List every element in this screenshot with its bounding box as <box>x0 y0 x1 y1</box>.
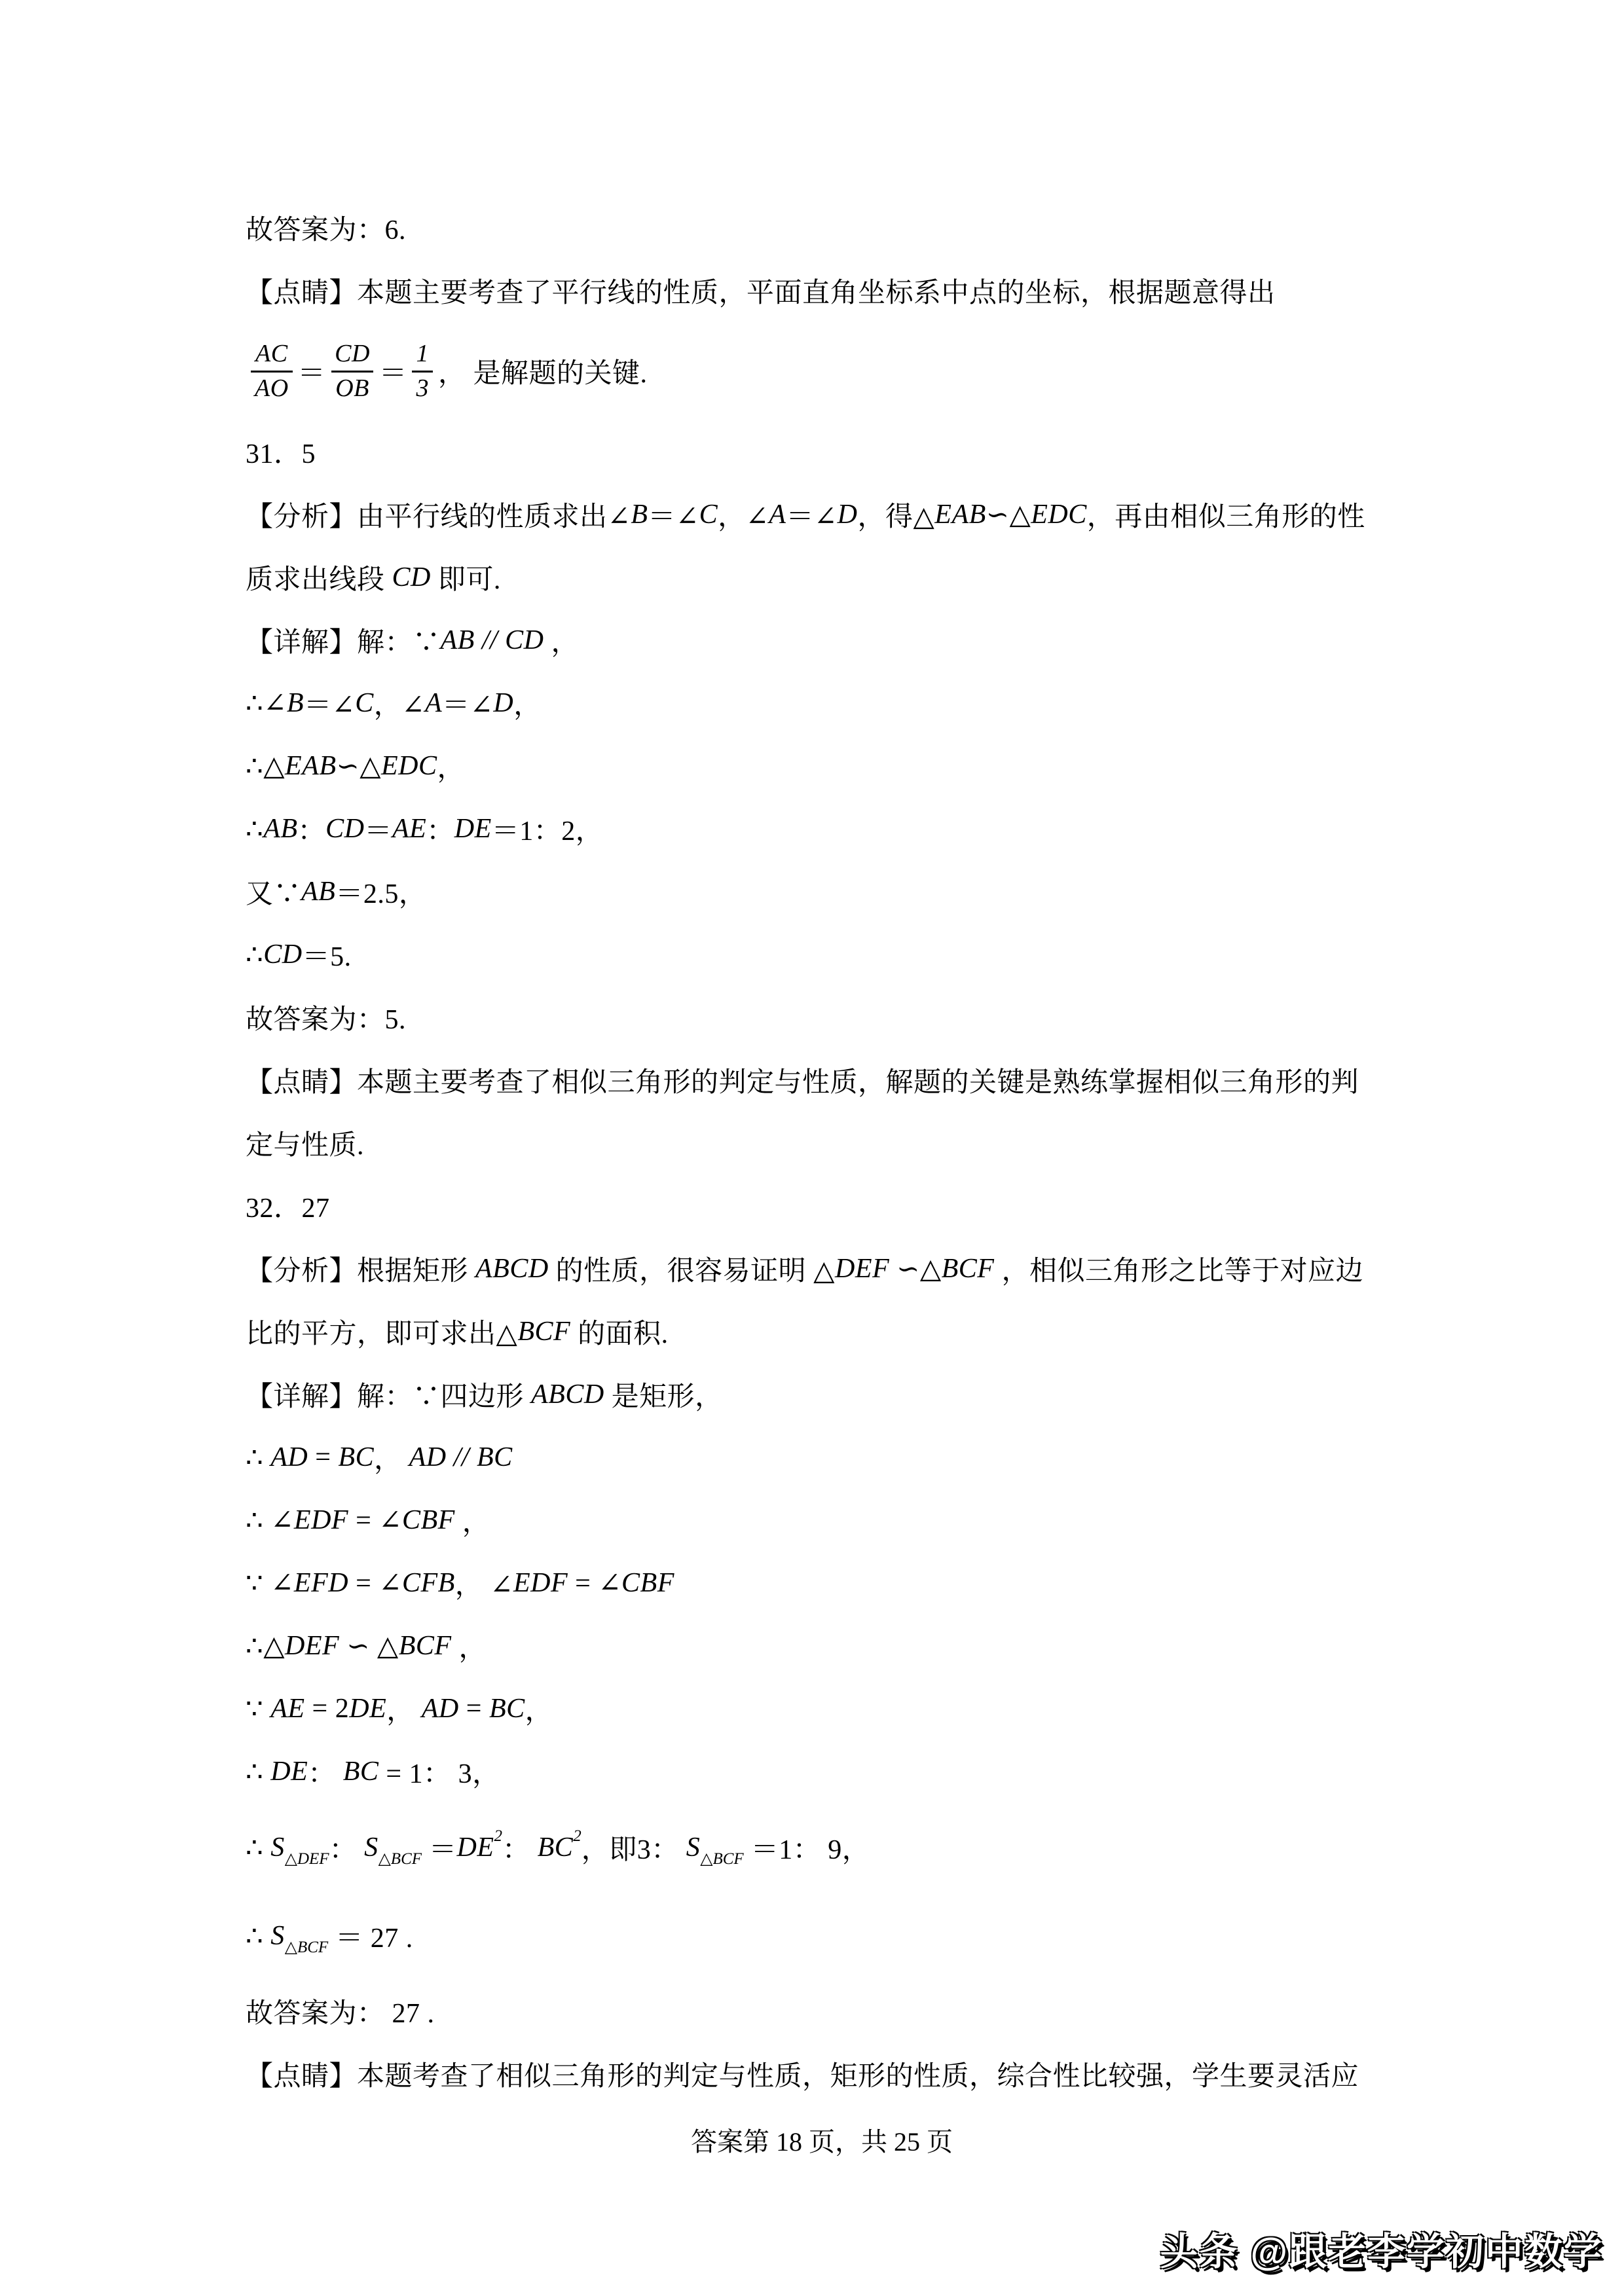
math-run: AE <box>392 813 426 845</box>
math-run: BC <box>338 1442 374 1473</box>
superscript: 2 <box>573 1827 581 1846</box>
text-run: ∴△ <box>246 1630 285 1662</box>
text-run: ，相似三角形之比等于对应边 <box>994 1249 1363 1288</box>
math-run: CFB <box>402 1567 455 1599</box>
text-run: ∴ <box>246 1441 270 1474</box>
math-run: AB <box>263 813 297 845</box>
text-run: ＝∠ <box>442 683 493 723</box>
text-run: 是矩形， <box>604 1375 723 1414</box>
math-run: EDC <box>381 750 437 782</box>
text-run: 的面积. <box>570 1312 669 1351</box>
text-line: 【点睛】本题主要考查了平行线的性质，平面直角坐标系中点的坐标，根据题意得出 <box>246 259 1398 322</box>
text-run <box>498 625 505 656</box>
math-run: // <box>482 625 498 656</box>
formula-line: ∴ S△BCF ＝ 27 . <box>246 1891 1398 1980</box>
math-run: CD <box>505 625 544 656</box>
math-run: ABCD <box>531 1379 604 1410</box>
fraction-numerator: AC <box>251 340 292 371</box>
math-run: S <box>686 1832 701 1863</box>
text-run: 又∵ <box>246 872 301 911</box>
text-run: ： <box>329 1828 365 1867</box>
math-run: B <box>631 499 648 530</box>
math-run: EDC <box>1031 499 1087 530</box>
math-run: BC <box>538 1832 574 1863</box>
text-run: ∴△ <box>246 750 285 782</box>
text-run: ＝ 27 . <box>328 1916 413 1956</box>
math-run: AB <box>441 625 475 656</box>
text-line: ∵ AE = 2DE， AD = BC， <box>246 1677 1398 1740</box>
math-run: BC <box>343 1756 379 1787</box>
text-run: ， <box>544 621 580 660</box>
fraction-denominator: OB <box>331 371 373 403</box>
text-line: ∴AB：CD＝AE：DE＝1：2， <box>246 797 1398 860</box>
subscript: △DEF <box>285 1849 329 1868</box>
text-run: 32．27 <box>246 1186 330 1226</box>
math-run: DEF <box>835 1253 889 1285</box>
text-run: ： <box>298 809 326 848</box>
text-run: ＝ <box>422 1828 457 1867</box>
math-run: CD <box>325 813 364 845</box>
formula-line: ∴ S△DEF： S△BCF ＝DE2： BC2，即3： S△BCF ＝1： 9… <box>246 1803 1398 1891</box>
fraction-numerator: 1 <box>412 340 433 371</box>
text-run: ： <box>426 809 454 848</box>
text-run <box>475 625 482 656</box>
math-run: DE <box>270 1756 308 1787</box>
math-run: DE <box>457 1832 494 1863</box>
document-page: 故答案为：6.【点睛】本题主要考查了平行线的性质，平面直角坐标系中点的坐标，根据… <box>0 0 1624 2296</box>
text-run: = <box>308 1442 338 1473</box>
math-run: AB <box>301 876 335 907</box>
text-run: 【分析】由平行线的性质求出∠ <box>246 495 631 534</box>
text-line: 定与性质. <box>246 1112 1398 1175</box>
text-line: 【分析】由平行线的性质求出∠B＝∠C，∠A＝∠D，得△EAB∽△EDC，再由相似… <box>246 483 1398 546</box>
text-run: ∴ ∠ <box>246 1504 294 1537</box>
text-run: ： <box>308 1752 343 1791</box>
text-run: 故答案为： 27 . <box>246 1992 435 2031</box>
text-run: = 2 <box>305 1693 350 1724</box>
math-run: BC <box>489 1693 525 1724</box>
text-run: ＝1：2， <box>492 809 604 848</box>
subscript: △BCF <box>700 1849 743 1868</box>
fraction: ACAO <box>251 340 293 403</box>
text-run: 【详解】解：∵四边形 <box>246 1375 531 1414</box>
text-run: = ∠ <box>348 1567 402 1599</box>
text-run: ，即3： <box>581 1828 686 1867</box>
math-run: AD <box>270 1442 308 1473</box>
text-run: ， <box>525 1689 553 1728</box>
superscript: 2 <box>494 1827 503 1846</box>
math-run: AD <box>422 1693 459 1724</box>
text-run: 【点睛】本题主要考查了相似三角形的判定与性质，解题的关键是熟练掌握相似三角形的判 <box>246 1061 1359 1100</box>
text-run: ，再由相似三角形的性 <box>1087 495 1365 534</box>
math-run: AD <box>409 1442 447 1473</box>
subscript: △BCF <box>285 1937 328 1957</box>
text-line: ∴∠B＝∠C，∠A＝∠D， <box>246 672 1398 735</box>
text-line: ∴CD＝5. <box>246 923 1398 986</box>
math-run: C <box>355 687 374 719</box>
text-run: ， <box>452 1626 487 1666</box>
text-line: 故答案为：5. <box>246 986 1398 1049</box>
fraction: CDOB <box>331 340 374 403</box>
text-run: = 1： 3， <box>378 1752 500 1791</box>
text-run: ， ∠ <box>455 1563 513 1603</box>
math-run: D <box>493 687 513 719</box>
text-line: 31．5 <box>246 420 1398 483</box>
text-run: ＝2.5， <box>335 872 426 911</box>
text-line: 32．27 <box>246 1175 1398 1237</box>
text-run: = ∠ <box>568 1567 621 1599</box>
math-run: DEF <box>285 1630 339 1662</box>
text-line: ∴ AD = BC， AD // BC <box>246 1426 1398 1489</box>
text-run: ∴∠ <box>246 687 287 720</box>
math-run: BCF <box>517 1316 570 1347</box>
math-run: BC <box>477 1442 513 1473</box>
text-run: 比的平方，即可求出△ <box>246 1312 517 1351</box>
text-run: 故答案为：6. <box>246 208 406 247</box>
fraction-denominator: 3 <box>412 371 433 403</box>
text-line: 又∵AB＝2.5， <box>246 860 1398 923</box>
text-run: ＝∠ <box>786 495 837 534</box>
text-run: 【点睛】本题主要考查了平行线的性质，平面直角坐标系中点的坐标，根据题意得出 <box>246 271 1276 310</box>
math-run: A <box>769 499 786 530</box>
math-run: S <box>270 1832 285 1863</box>
text-line: ∴△DEF ∽ △BCF ， <box>246 1614 1398 1677</box>
math-run: CD <box>263 939 302 970</box>
text-run: ， <box>455 1501 490 1540</box>
text-run: = <box>459 1693 489 1724</box>
math-run: EAB <box>285 750 336 782</box>
text-run: ∽△ <box>337 750 382 782</box>
text-run: ＝∠ <box>304 683 355 723</box>
text-run: ＝ <box>379 352 407 391</box>
math-run: ABCD <box>475 1253 549 1285</box>
math-run: B <box>287 687 304 719</box>
text-run: ∴ <box>246 938 263 971</box>
text-run: ，∠ <box>374 683 425 723</box>
text-line: 【详解】解：∵四边形 ABCD 是矩形， <box>246 1363 1398 1426</box>
page-footer: 答案第 18 页，共 25 页 <box>246 2121 1398 2160</box>
math-run: CBF <box>621 1567 674 1599</box>
math-run: DE <box>454 813 492 845</box>
math-run: CBF <box>402 1504 455 1536</box>
text-line: 故答案为：6. <box>246 196 1398 259</box>
text-run: ∴ <box>246 1920 270 1952</box>
math-run: A <box>425 687 442 719</box>
text-line: ∴ ∠EDF = ∠CBF ， <box>246 1489 1398 1552</box>
text-run: 质求出线段 <box>246 558 392 597</box>
text-run: 定与性质. <box>246 1123 364 1163</box>
text-run: ＝ <box>364 809 392 848</box>
text-run: ∽△ <box>986 498 1031 531</box>
text-run <box>447 1442 454 1473</box>
text-run: ＝ <box>298 352 326 391</box>
text-run: ， <box>374 1438 409 1477</box>
fraction-line: ACAO＝CDOB＝13， 是解题的关键. <box>246 322 1398 420</box>
text-run: ＝5. <box>303 935 352 974</box>
math-run: D <box>838 499 858 530</box>
math-run: EDF <box>513 1567 568 1599</box>
text-run: ∴ <box>246 812 263 845</box>
math-run: EDF <box>294 1504 348 1536</box>
text-run: ∽△ <box>889 1252 942 1285</box>
text-line: ∵ ∠EFD = ∠CFB， ∠EDF = ∠CBF <box>246 1552 1398 1614</box>
text-run: ， <box>437 746 466 786</box>
math-run: S <box>270 1920 285 1952</box>
watermark: 头条 @跟老李学初中数学 <box>1160 2221 1603 2276</box>
text-line: 比的平方，即可求出△BCF 的面积. <box>246 1300 1398 1363</box>
text-run: ∵ <box>246 1692 270 1725</box>
math-run: // <box>454 1442 470 1473</box>
fraction: 13 <box>412 340 433 403</box>
text-run: ， <box>513 683 542 723</box>
text-run: ∴ <box>246 1755 270 1788</box>
math-run: S <box>364 1832 378 1863</box>
text-run: 故答案为：5. <box>246 998 406 1037</box>
text-line: 【点睛】本题考查了相似三角形的判定与性质，矩形的性质，综合性比较强，学生要灵活应 <box>246 2043 1398 2105</box>
text-run: = ∠ <box>348 1504 402 1537</box>
text-run: ， 是解题的关键. <box>438 352 648 391</box>
text-run: 【点睛】本题考查了相似三角形的判定与性质，矩形的性质，综合性比较强，学生要灵活应 <box>246 2054 1359 2094</box>
fraction-denominator: AO <box>251 371 293 403</box>
text-line: 【点睛】本题主要考查了相似三角形的判定与性质，解题的关键是熟练掌握相似三角形的判 <box>246 1049 1398 1112</box>
text-run: ， <box>386 1689 422 1728</box>
text-line: ∴△EAB∽△EDC， <box>246 735 1398 797</box>
text-line: 故答案为： 27 . <box>246 1980 1398 2043</box>
text-line: 【详解】解：∵AB // CD ， <box>246 609 1398 672</box>
text-run: ，∠ <box>718 495 769 534</box>
text-run: 【详解】解：∵ <box>246 621 441 660</box>
text-run: 的性质，很容易证明 △ <box>549 1249 835 1288</box>
math-run: EFD <box>294 1567 348 1599</box>
text-run <box>470 1442 477 1473</box>
math-run: C <box>699 499 718 530</box>
subscript: △BCF <box>378 1849 422 1868</box>
text-run: ，得△ <box>857 495 934 534</box>
text-run: ∴ <box>246 1831 270 1864</box>
fraction-numerator: CD <box>331 340 374 371</box>
math-run: BCF <box>942 1253 995 1285</box>
text-line: 【分析】根据矩形 ABCD 的性质，很容易证明 △DEF ∽△BCF ，相似三角… <box>246 1237 1398 1300</box>
math-run: DE <box>349 1693 386 1724</box>
text-run: ∽ △ <box>339 1630 399 1662</box>
math-run: BCF <box>399 1630 452 1662</box>
math-run: CD <box>392 562 431 593</box>
math-run: AE <box>270 1693 304 1724</box>
text-run: ＝∠ <box>648 495 699 534</box>
math-run: EAB <box>934 499 986 530</box>
text-run: 【分析】根据矩形 <box>246 1249 475 1288</box>
answer-content: 故答案为：6.【点睛】本题主要考查了平行线的性质，平面直角坐标系中点的坐标，根据… <box>246 196 1398 2105</box>
text-run: 即可. <box>431 558 501 597</box>
text-run: ： <box>502 1828 538 1867</box>
text-line: ∴ DE： BC = 1： 3， <box>246 1740 1398 1803</box>
text-run: 31．5 <box>246 432 316 471</box>
text-line: 质求出线段 CD 即可. <box>246 546 1398 609</box>
text-run: ＝1： 9， <box>744 1828 870 1867</box>
text-run: ∵ ∠ <box>246 1567 294 1599</box>
